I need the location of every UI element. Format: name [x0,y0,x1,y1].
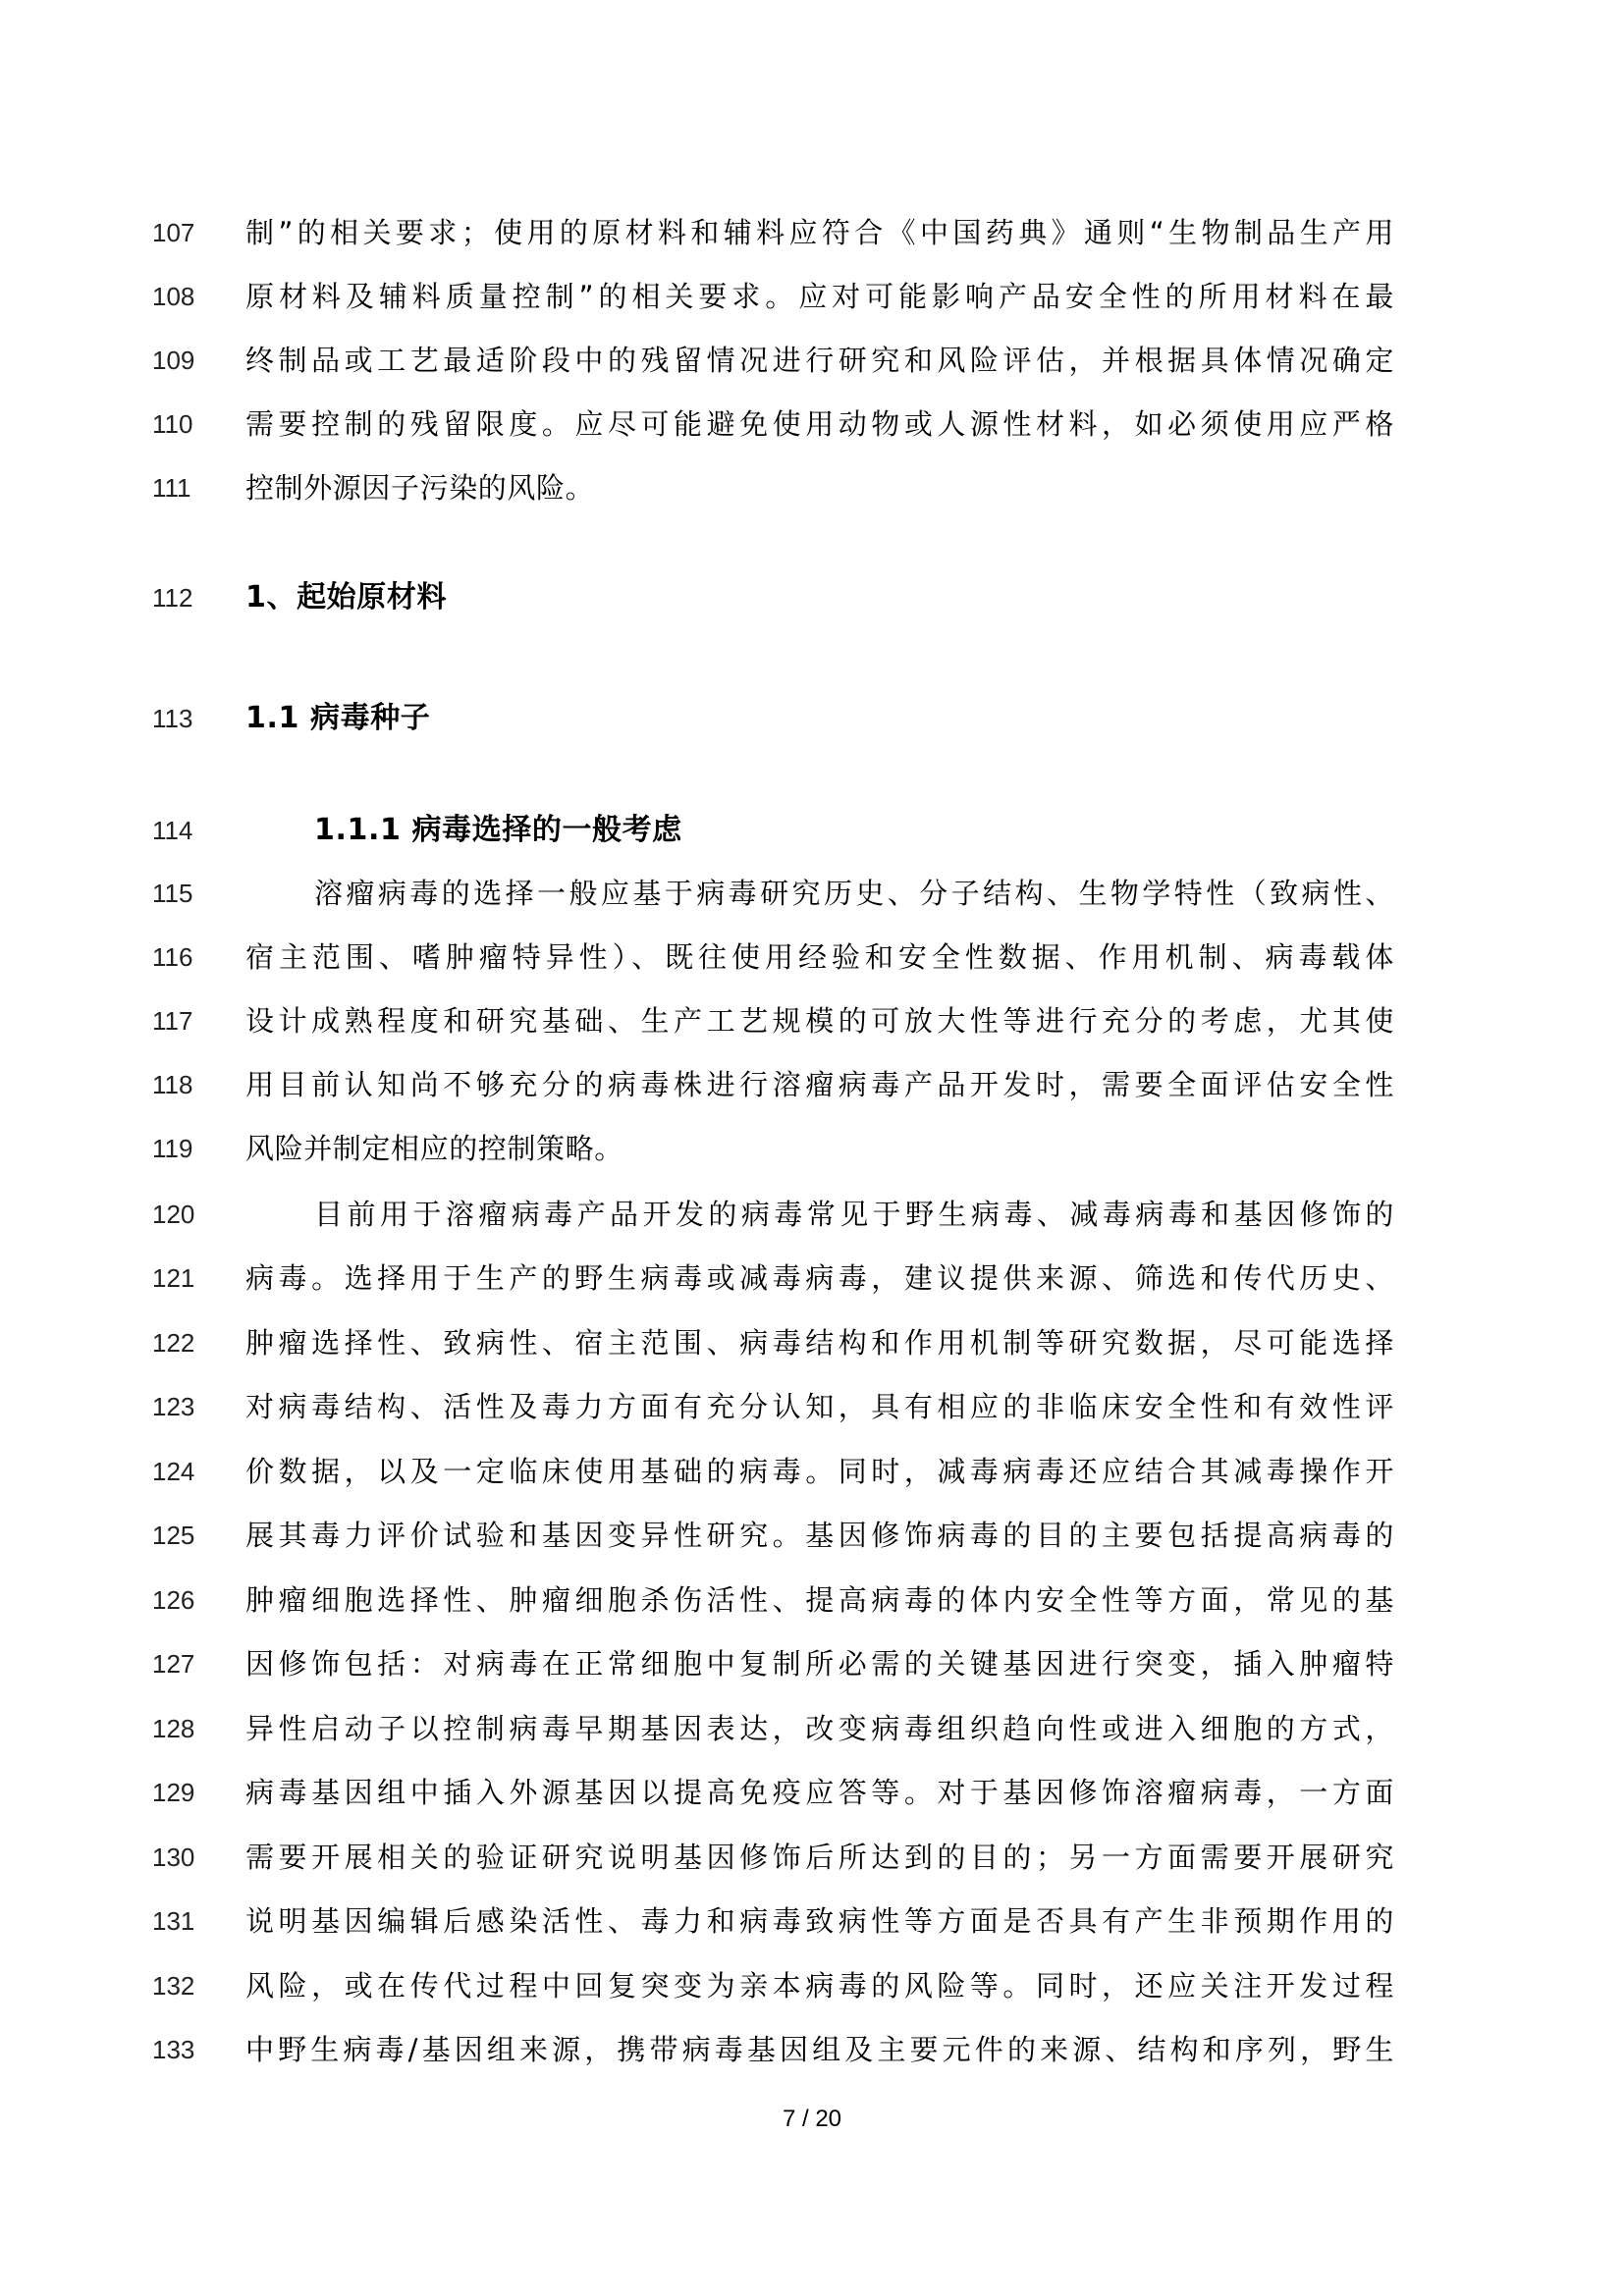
body-text-line: 病毒。选择用于生产的野生病毒或减毒病毒，建议提供来源、筛选和传代历史、 [245,1260,1394,1296]
body-text-line: 需要控制的残留限度。应尽可能避免使用动物或人源性材料，如必须使用应严格 [245,406,1394,442]
line-number: 116 [152,939,221,975]
line-number: 129 [152,1775,221,1810]
body-text-line: 控制外源因子污染的风险。 [245,470,1394,506]
line-number: 113 [152,701,221,736]
body-text-line: 风险并制定相应的控制策略。 [245,1131,1394,1166]
body-text-line: 宿主范围、嗜肿瘤特异性）、既往使用经验和安全性数据、作用机制、病毒载体 [245,939,1394,975]
line-number: 127 [152,1646,221,1682]
body-text-line: 制”的相关要求；使用的原材料和辅料应符合《中国药典》通则“生物制品生产用 [245,215,1394,250]
body-text-line: 因修饰包括：对病毒在正常细胞中复制所必需的关键基因进行突变，插入肿瘤特 [245,1646,1394,1682]
line-number: 107 [152,215,221,250]
line-number: 132 [152,1968,221,2003]
line-number: 128 [152,1711,221,1746]
body-text-line: 用目前认知尚不够充分的病毒株进行溶瘤病毒产品开发时，需要全面评估安全性 [245,1067,1394,1102]
line-number: 120 [152,1197,221,1232]
line-number: 111 [152,470,221,506]
body-text-line: 中野生病毒/基因组来源，携带病毒基因组及主要元件的来源、结构和序列，野生 [245,2032,1394,2067]
line-number: 121 [152,1260,221,1296]
line-number: 125 [152,1518,221,1553]
subsubsection-heading: 1.1.1 病毒选择的一般考虑 [245,813,1463,848]
line-number: 112 [152,580,221,615]
body-text-line: 溶瘤病毒的选择一般应基于病毒研究历史、分子结构、生物学特性（致病性、 [245,876,1394,911]
line-number: 115 [152,876,221,911]
body-text-line: 说明基因编辑后感染活性、毒力和病毒致病性等方面是否具有产生非预期作用的 [245,1903,1394,1939]
line-number: 131 [152,1903,221,1939]
line-number: 114 [152,813,221,848]
body-text-line: 价数据，以及一定临床使用基础的病毒。同时，减毒病毒还应结合其减毒操作开 [245,1454,1394,1489]
body-text-line: 原材料及辅料质量控制”的相关要求。应对可能影响产品安全性的所用材料在最 [245,279,1394,314]
body-text-line: 设计成熟程度和研究基础、生产工艺规模的可放大性等进行充分的考虑，尤其使 [245,1003,1394,1039]
line-number: 118 [152,1067,221,1102]
body-text-line: 终制品或工艺最适阶段中的残留情况进行研究和风险评估，并根据具体情况确定 [245,343,1394,378]
line-number: 119 [152,1131,221,1166]
subsection-heading: 1.1 病毒种子 [245,701,1394,736]
line-number: 124 [152,1454,221,1489]
line-number: 117 [152,1003,221,1039]
body-text-line: 异性启动子以控制病毒早期基因表达，改变病毒组织趋向性或进入细胞的方式， [245,1711,1394,1746]
body-text-line: 需要开展相关的验证研究说明基因修饰后所达到的目的；另一方面需要开展研究 [245,1840,1394,1875]
body-text-line: 病毒基因组中插入外源基因以提高免疫应答等。对于基因修饰溶瘤病毒，一方面 [245,1775,1394,1810]
body-text-line: 目前用于溶瘤病毒产品开发的病毒常见于野生病毒、减毒病毒和基因修饰的 [245,1197,1394,1232]
page-number: 7 / 20 [0,2106,1624,2133]
line-number: 133 [152,2032,221,2067]
body-text-line: 肿瘤选择性、致病性、宿主范围、病毒结构和作用机制等研究数据，尽可能选择 [245,1325,1394,1361]
body-text-line: 风险，或在传代过程中回复突变为亲本病毒的风险等。同时，还应关注开发过程 [245,1968,1394,2003]
line-number: 109 [152,343,221,378]
line-number: 110 [152,406,221,442]
section-heading: 1、起始原材料 [245,580,1394,615]
line-number: 123 [152,1389,221,1424]
line-number: 126 [152,1582,221,1618]
document-page: 107制”的相关要求；使用的原材料和辅料应符合《中国药典》通则“生物制品生产用1… [0,0,1624,2296]
line-number: 130 [152,1840,221,1875]
body-text-line: 肿瘤细胞选择性、肿瘤细胞杀伤活性、提高病毒的体内安全性等方面，常见的基 [245,1582,1394,1618]
line-number: 108 [152,279,221,314]
body-text-line: 展其毒力评价试验和基因变异性研究。基因修饰病毒的目的主要包括提高病毒的 [245,1518,1394,1553]
line-number: 122 [152,1325,221,1361]
body-text-line: 对病毒结构、活性及毒力方面有充分认知，具有相应的非临床安全性和有效性评 [245,1389,1394,1424]
